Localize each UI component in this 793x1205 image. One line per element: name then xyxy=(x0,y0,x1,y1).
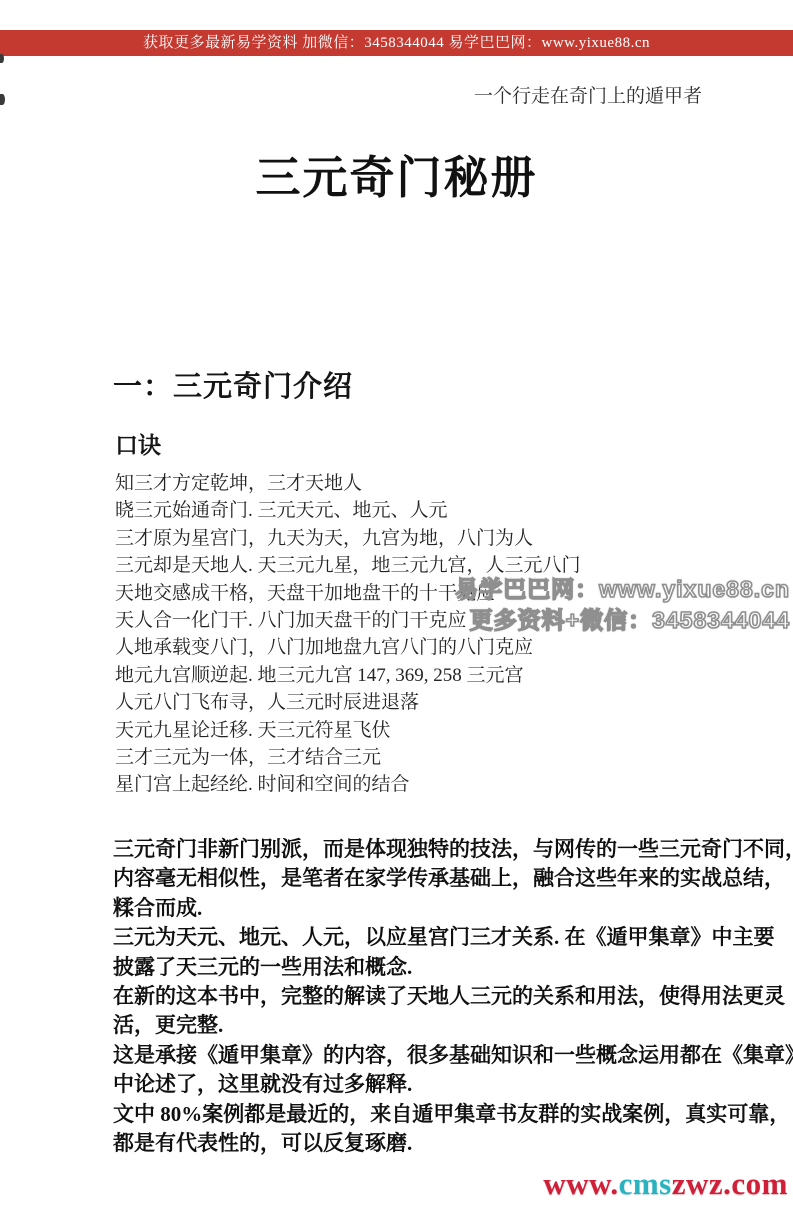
verse-line: 三才三元为一体，三才结合三元 xyxy=(115,744,755,771)
subheading-mnemonic: 口诀 xyxy=(115,427,161,460)
footer-logo-segment: cms xyxy=(619,1166,672,1201)
promo-banner-text: 获取更多最新易学资料 加微信：3458344044 易学巴巴网：www.yixu… xyxy=(143,35,650,51)
body-line: 文中 80%案例都是最近的，来自遁甲集章书友群的实战案例，真实可靠， xyxy=(113,1100,773,1129)
body-line: 披露了天三元的一些用法和概念. xyxy=(113,953,773,982)
verse-line: 地元九宫顺逆起. 地三元九宫 147, 369, 258 三元宫 xyxy=(115,662,755,689)
body-line: 内容毫无相似性，是笔者在家学传承基础上，融合这些年来的实战总结， xyxy=(113,864,773,893)
body-line: 三元奇门非新门别派，而是体现独特的技法，与网传的一些三元奇门不同， xyxy=(113,835,773,864)
body-line: 中论述了，这里就没有过多解释. xyxy=(113,1070,773,1099)
promo-banner: 获取更多最新易学资料 加微信：3458344044 易学巴巴网：www.yixu… xyxy=(0,30,793,56)
scan-artifact xyxy=(0,94,5,105)
document-page: 获取更多最新易学资料 加微信：3458344044 易学巴巴网：www.yixu… xyxy=(0,0,793,1205)
verse-line: 晓三元始通奇门. 三元天元、地元、人元 xyxy=(115,497,755,524)
body-text-block: 三元奇门非新门别派，而是体现独特的技法，与网传的一些三元奇门不同， 内容毫无相似… xyxy=(113,835,773,1158)
body-line: 糅合而成. xyxy=(113,894,773,923)
verse-line: 天元九星论迁移. 天三元符星飞伏 xyxy=(115,717,755,744)
watermark-line1: 易学巴巴网：www.yixue88.cn xyxy=(455,574,790,605)
footer-logo: www.cmszwz.com xyxy=(543,1166,788,1202)
body-line: 这是承接《遁甲集章》的内容，很多基础知识和一些概念运用都在《集章》 xyxy=(113,1041,773,1070)
body-line: 都是有代表性的，可以反复琢磨. xyxy=(113,1129,773,1158)
footer-logo-segment: zwz.com xyxy=(672,1166,788,1201)
verse-line: 人地承载变八门，八门加地盘九宫八门的八门克应 xyxy=(115,634,755,661)
footer-logo-segment: www. xyxy=(543,1166,618,1201)
body-line: 三元为天元、地元、人元，以应星宫门三才关系. 在《遁甲集章》中主要 xyxy=(113,923,773,952)
author-line: 一个行走在奇门上的遁甲者 xyxy=(474,81,702,108)
body-line: 活，更完整. xyxy=(113,1011,773,1040)
verse-line: 三才原为星宫门，九天为天，九宫为地，八门为人 xyxy=(115,525,755,552)
watermark-line2: 更多资料+微信：3458344044 xyxy=(455,605,790,636)
scan-artifact xyxy=(0,54,4,63)
body-line: 在新的这本书中，完整的解读了天地人三元的关系和用法，使得用法更灵 xyxy=(113,982,773,1011)
verse-line: 星门宫上起经纶. 时间和空间的结合 xyxy=(115,771,755,798)
page-title: 三元奇门秘册 xyxy=(0,141,793,206)
verse-line: 人元八门飞布寻，人三元时辰进退落 xyxy=(115,689,755,716)
section-heading: 一：三元奇门介绍 xyxy=(113,364,353,405)
watermark: 易学巴巴网：www.yixue88.cn 更多资料+微信：3458344044 xyxy=(455,574,790,636)
verse-line: 知三才方定乾坤，三才天地人 xyxy=(115,470,755,497)
